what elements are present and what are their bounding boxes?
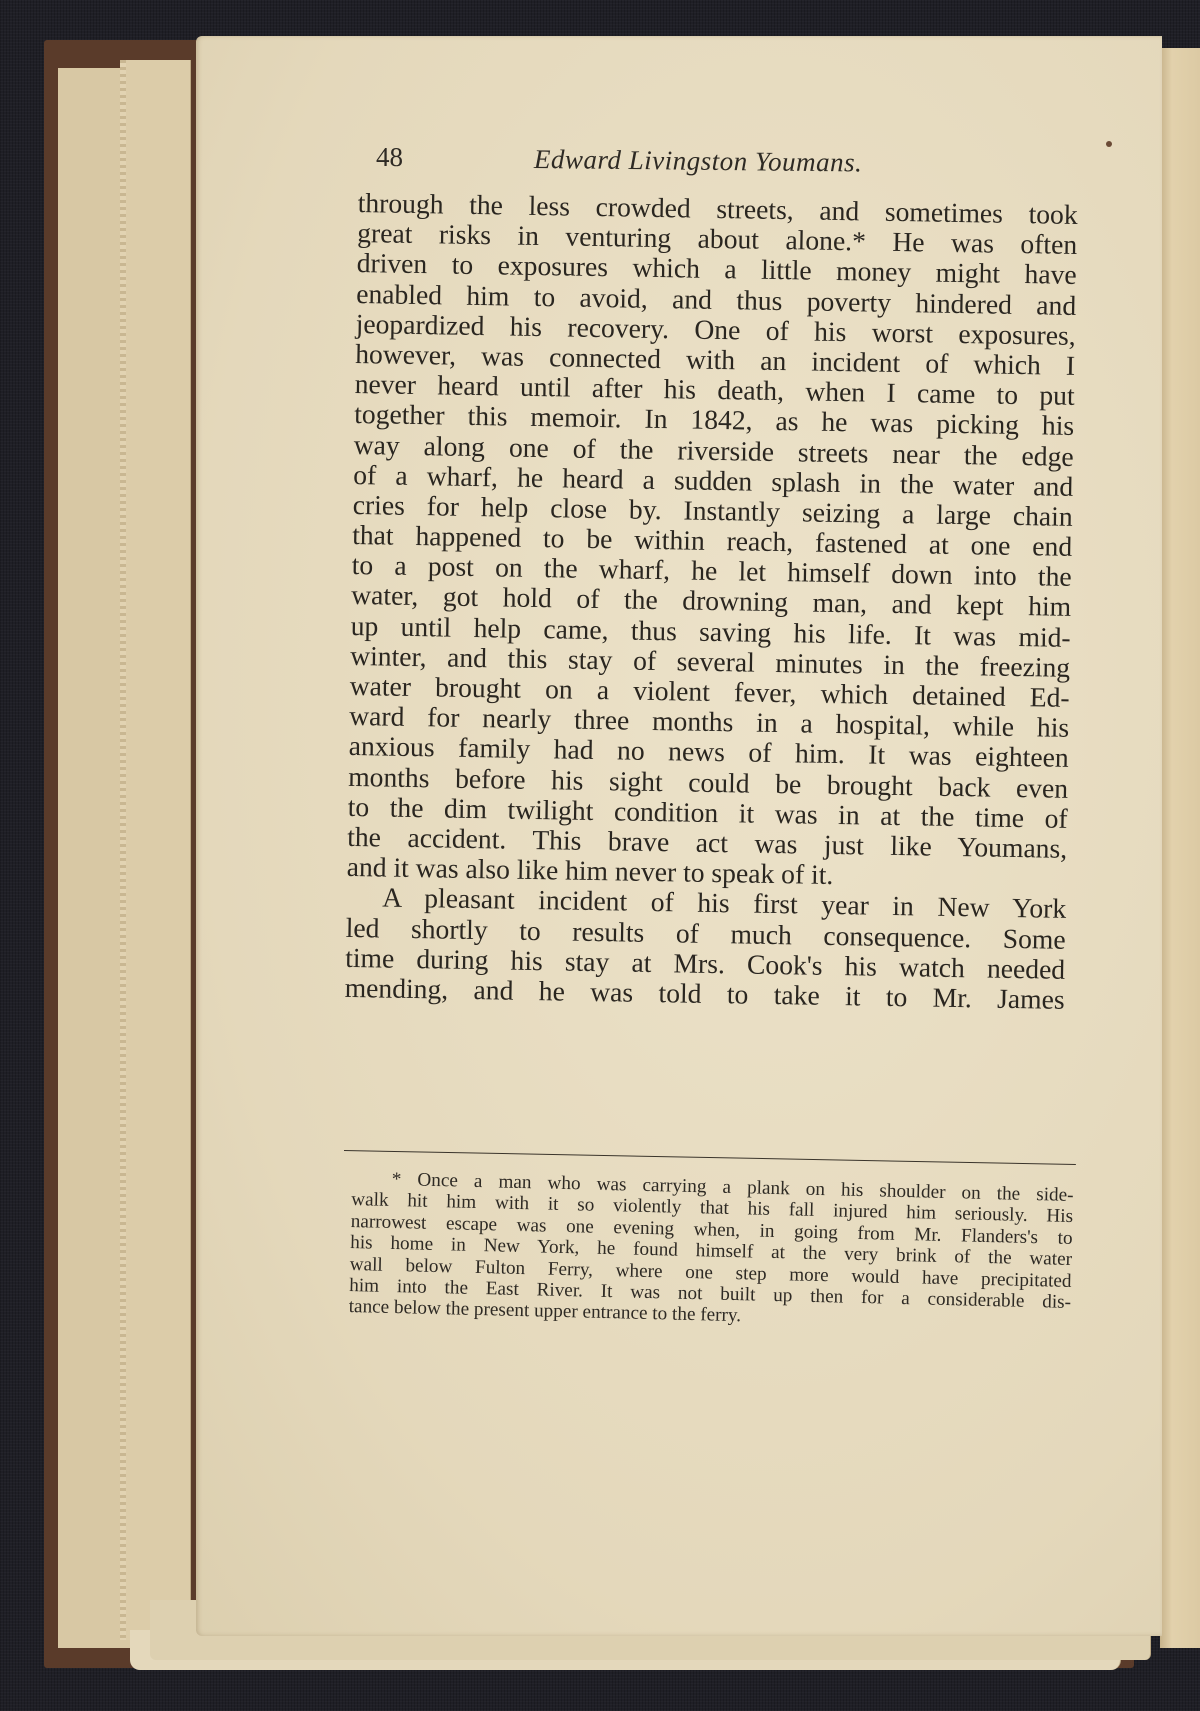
page-number: 48 bbox=[376, 142, 403, 173]
body-text: through the less crowded streets, and so… bbox=[344, 188, 1077, 1015]
foxing-spot bbox=[1106, 141, 1112, 147]
running-head: 48 Edward Livingston Youmans. bbox=[376, 132, 976, 172]
facing-page-edge bbox=[1160, 48, 1200, 1648]
page-edge-stack bbox=[120, 60, 191, 1640]
running-title: Edward Livingston Youmans. bbox=[534, 144, 863, 178]
footnote: * Once a man who was carrying a plank on… bbox=[348, 1168, 1073, 1335]
